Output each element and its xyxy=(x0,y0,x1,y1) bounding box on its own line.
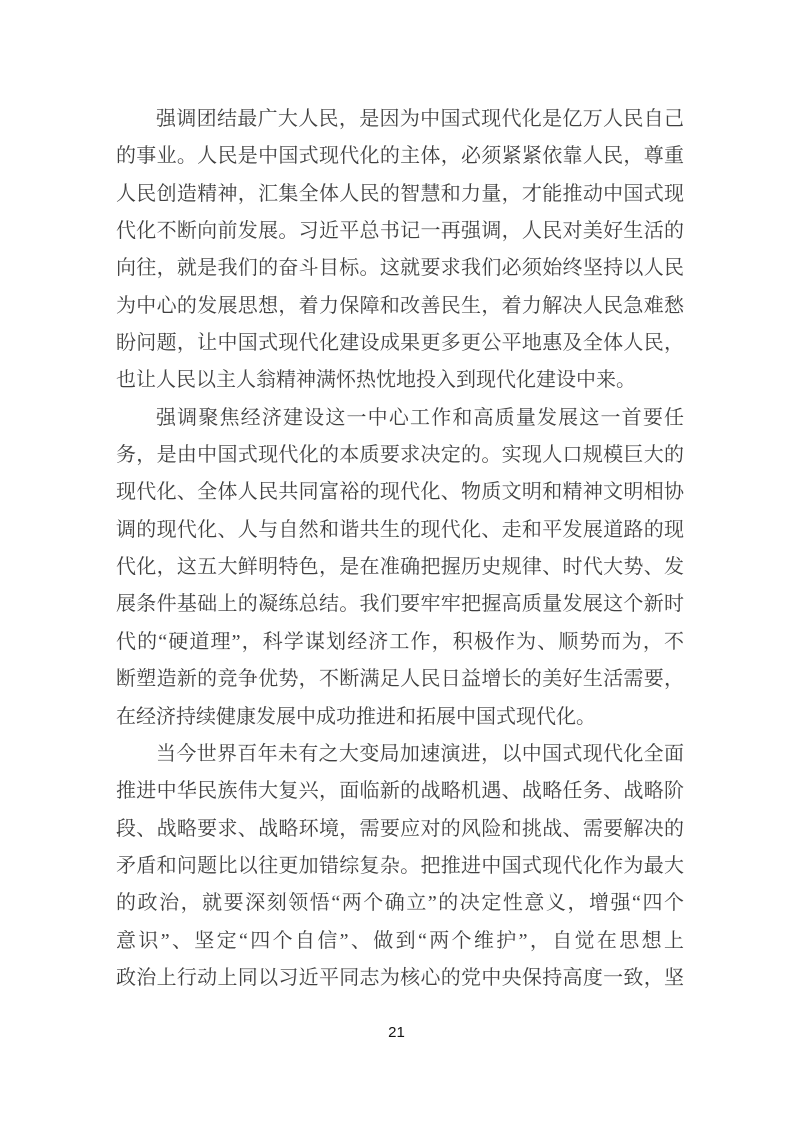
text-line: 也让人民以主人翁精神满怀热忱地投入到现代化建设中来。 xyxy=(116,362,684,399)
paragraph: 强调团结最广大人民，是因为中国式现代化是亿万人民自己的事业。人民是中国式现代化的… xyxy=(116,101,684,400)
text-line: 在经济持续健康发展中成功推进和拓展中国式现代化。 xyxy=(116,699,684,736)
text-line: 段、战略要求、战略环境，需要应对的风险和挑战、需要解决的 xyxy=(116,811,684,848)
text-line: 代化不断向前发展。习近平总书记一再强调，人民对美好生活的 xyxy=(116,213,684,250)
text-line: 的事业。人民是中国式现代化的主体，必须紧紧依靠人民，尊重 xyxy=(116,138,684,175)
text-line: 展条件基础上的凝练总结。我们要牢牢把握高质量发展这个新时 xyxy=(116,586,684,623)
text-line: 的政治，就要深刻领悟“两个确立”的决定性意义，增强“四个 xyxy=(116,885,684,922)
page-footer: 21 xyxy=(0,1024,793,1042)
text-line: 调的现代化、人与自然和谐共生的现代化、走和平发展道路的现 xyxy=(116,512,684,549)
text-line: 人民创造精神，汇集全体人民的智慧和力量，才能推动中国式现 xyxy=(116,176,684,213)
text-line: 推进中华民族伟大复兴，面临新的战略机遇、战略任务、战略阶 xyxy=(116,773,684,810)
page-number: 21 xyxy=(388,1024,405,1041)
text-line: 强调聚焦经济建设这一中心工作和高质量发展这一首要任 xyxy=(116,400,684,437)
text-line: 当今世界百年未有之大变局加速演进，以中国式现代化全面 xyxy=(116,736,684,773)
text-line: 政治上行动上同以习近平同志为核心的党中央保持高度一致，坚 xyxy=(116,960,684,997)
text-line: 代的“硬道理”，科学谋划经济工作，积极作为、顺势而为，不 xyxy=(116,624,684,661)
paragraph: 当今世界百年未有之大变局加速演进，以中国式现代化全面推进中华民族伟大复兴，面临新… xyxy=(116,736,684,997)
text-line: 代化，这五大鲜明特色，是在准确把握历史规律、时代大势、发 xyxy=(116,549,684,586)
paragraph: 强调聚焦经济建设这一中心工作和高质量发展这一首要任务，是由中国式现代化的本质要求… xyxy=(116,400,684,736)
text-line: 向往，就是我们的奋斗目标。这就要求我们必须始终坚持以人民 xyxy=(116,250,684,287)
text-line: 现代化、全体人民共同富裕的现代化、物质文明和精神文明相协 xyxy=(116,474,684,511)
text-line: 意识”、坚定“四个自信”、做到“两个维护”，自觉在思想上 xyxy=(116,923,684,960)
text-line: 务，是由中国式现代化的本质要求决定的。实现人口规模巨大的 xyxy=(116,437,684,474)
text-line: 为中心的发展思想，着力保障和改善民生，着力解决人民急难愁 xyxy=(116,288,684,325)
text-line: 断塑造新的竞争优势，不断满足人民日益增长的美好生活需要， xyxy=(116,661,684,698)
text-line: 盼问题，让中国式现代化建设成果更多更公平地惠及全体人民， xyxy=(116,325,684,362)
text-line: 矛盾和问题比以往更加错综复杂。把推进中国式现代化作为最大 xyxy=(116,848,684,885)
document-page: 强调团结最广大人民，是因为中国式现代化是亿万人民自己的事业。人民是中国式现代化的… xyxy=(0,0,793,1122)
text-line: 强调团结最广大人民，是因为中国式现代化是亿万人民自己 xyxy=(116,101,684,138)
document-body: 强调团结最广大人民，是因为中国式现代化是亿万人民自己的事业。人民是中国式现代化的… xyxy=(116,101,684,997)
